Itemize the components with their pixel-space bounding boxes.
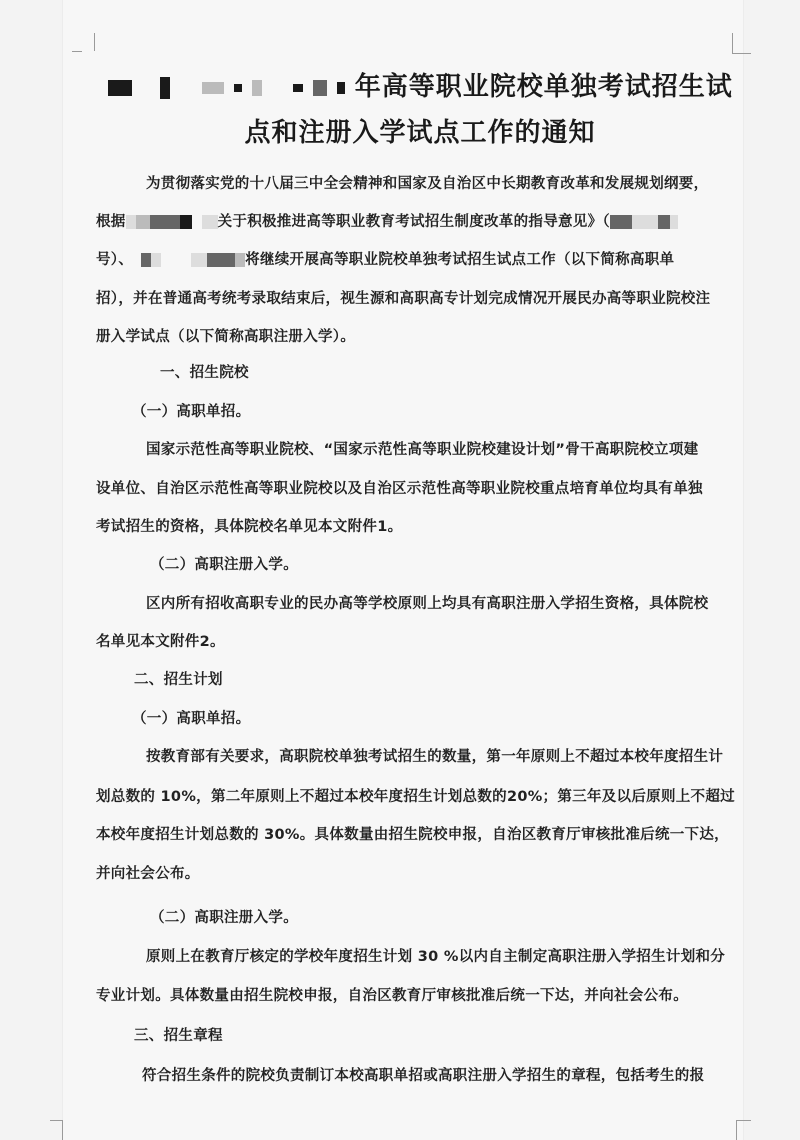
- page-corner-mark: [72, 51, 82, 53]
- page-corner-mark: [88, 33, 95, 51]
- paragraph-line: 设单位、自治区示范性高等职业院校以及自治区示范性高等职业院校重点培育单位均具有单…: [96, 477, 746, 498]
- section-heading: 一、招生院校: [160, 361, 800, 382]
- redacted-region: [133, 252, 245, 268]
- subsection-heading: （一）高职单招。: [132, 400, 782, 421]
- text: 将继续开展高等职业院校单独考试招生试点工作（以下简称高职单: [245, 252, 674, 268]
- paragraph-line: 考试招生的资格，具体院校名单见本文附件1。: [96, 515, 746, 536]
- text: 号）、: [96, 252, 133, 268]
- paragraph-line: 区内所有招收高职专业的民办高等学校原则上均具有高职注册入学招生资格，具体院校: [96, 592, 796, 613]
- paragraph-line: 为贯彻落实党的十八届三中全会精神和国家及自治区中长期教育改革和发展规划纲要，: [96, 172, 796, 193]
- page-corner-mark: [50, 1120, 63, 1140]
- subsection-heading: （二）高职注册入学。: [150, 553, 800, 574]
- redacted-region: [126, 214, 218, 230]
- text: 关于积极推进高等职业教育考试招生制度改革的指导意见》（: [218, 214, 610, 230]
- paragraph-line: 名单见本文附件2。: [96, 630, 746, 651]
- paragraph-line: 原则上在教育厅核定的学校年度招生计划 30 %以内自主制定高职注册入学招生计划和…: [96, 945, 796, 966]
- section-heading: 二、招生计划: [134, 668, 784, 689]
- redacted-region: [610, 214, 678, 230]
- title-text: 年高等职业院校单独考试招生试: [355, 72, 733, 102]
- paragraph-line: 符合招生条件的院校负责制订本校高职单招或高职注册入学招生的章程，包括考生的报: [142, 1064, 792, 1085]
- document-title-line1: 年高等职业院校单独考试招生试: [108, 66, 748, 103]
- paragraph-line: 按教育部有关要求，高职院校单独考试招生的数量，第一年原则上不超过本校年度招生计: [96, 745, 796, 766]
- page-corner-mark: [732, 33, 751, 54]
- text: 根据: [96, 214, 126, 230]
- paragraph-line: 根据关于积极推进高等职业教育考试招生制度改革的指导意见》（: [96, 210, 746, 231]
- page-corner-mark: [736, 1120, 751, 1140]
- redacted-region: [108, 72, 355, 102]
- paragraph-line: 专业计划。具体数量由招生院校申报，自治区教育厅审核批准后统一下达，并向社会公布。: [96, 984, 746, 1005]
- document-title-line2: 点和注册入学试点工作的通知: [100, 112, 740, 149]
- section-heading: 三、招生章程: [134, 1024, 784, 1045]
- paragraph-line: 划总数的 10%，第二年原则上不超过本校年度招生计划总数的20%；第三年及以后原…: [96, 785, 746, 806]
- paragraph-line: 国家示范性高等职业院校、“国家示范性高等职业院校建设计划”骨干高职院校立项建: [96, 438, 796, 459]
- paragraph-line: 册入学试点（以下简称高职注册入学）。: [96, 325, 746, 346]
- paragraph-line: 号）、将继续开展高等职业院校单独考试招生试点工作（以下简称高职单: [96, 248, 746, 269]
- paragraph-line: 招），并在普通高考统考录取结束后，视生源和高职高专计划完成情况开展民办高等职业院…: [96, 287, 746, 308]
- paragraph-line: 并向社会公布。: [96, 862, 746, 883]
- subsection-heading: （二）高职注册入学。: [150, 906, 800, 927]
- subsection-heading: （一）高职单招。: [132, 707, 782, 728]
- paragraph-line: 本校年度招生计划总数的 30%。具体数量由招生院校申报，自治区教育厅审核批准后统…: [96, 823, 746, 844]
